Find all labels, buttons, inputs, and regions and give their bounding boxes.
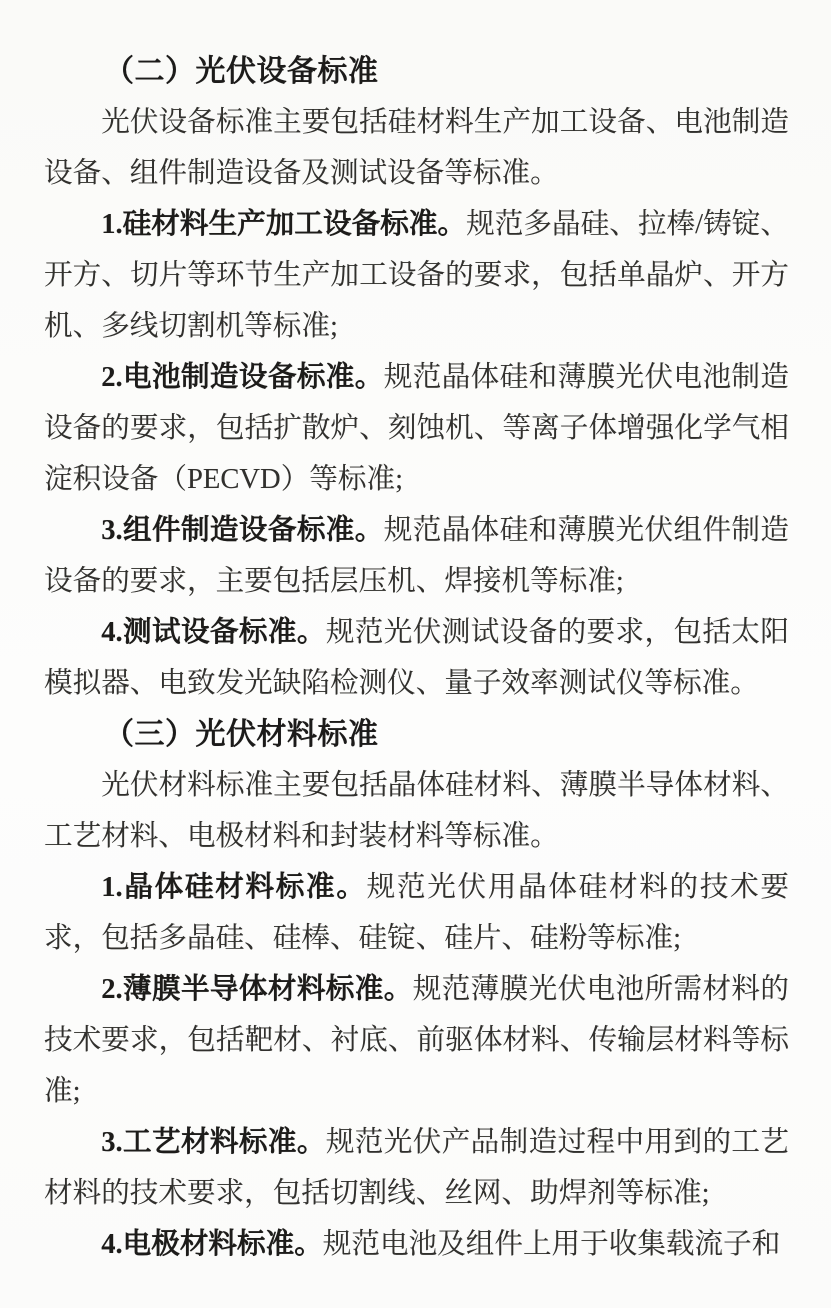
paragraph: 2.电池制造设备标准。规范晶体硅和薄膜光伏电池制造设备的要求，包括扩散炉、刻蚀机… xyxy=(44,352,789,505)
section-heading: （二）光伏设备标准 xyxy=(44,46,789,97)
scanned-document-page: （二）光伏设备标准光伏设备标准主要包括硅材料生产加工设备、电池制造设备、组件制造… xyxy=(0,0,831,1308)
paragraph-lead: 1.晶体硅材料标准。 xyxy=(101,872,366,903)
paragraph-lead: 4.电极材料标准。 xyxy=(101,1229,323,1260)
paragraph: 4.电极材料标准。规范电池及组件上用于收集载流子和 xyxy=(44,1219,789,1270)
paragraph: 光伏设备标准主要包括硅材料生产加工设备、电池制造设备、组件制造设备及测试设备等标… xyxy=(44,97,789,199)
paragraph-lead: 4.测试设备标准。 xyxy=(101,617,326,648)
paragraph-lead: 1.硅材料生产加工设备标准。 xyxy=(101,209,466,240)
paragraph: 2.薄膜半导体材料标准。规范薄膜光伏电池所需材料的技术要求，包括靶材、衬底、前驱… xyxy=(44,964,789,1117)
paragraph-lead: 3.组件制造设备标准。 xyxy=(101,515,384,546)
paragraph: 光伏材料标准主要包括晶体硅材料、薄膜半导体材料、工艺材料、电极材料和封装材料等标… xyxy=(44,760,789,862)
paragraph: 1.硅材料生产加工设备标准。规范多晶硅、拉棒/铸锭、开方、切片等环节生产加工设备… xyxy=(44,199,789,352)
paragraph-lead: 2.薄膜半导体材料标准。 xyxy=(101,974,413,1005)
paragraph-text: 光伏材料标准主要包括晶体硅材料、薄膜半导体材料、工艺材料、电极材料和封装材料等标… xyxy=(44,770,789,852)
paragraph: 3.工艺材料标准。规范光伏产品制造过程中用到的工艺材料的技术要求，包括切割线、丝… xyxy=(44,1117,789,1219)
paragraph-text: 规范电池及组件上用于收集载流子和 xyxy=(323,1229,781,1260)
paragraph-lead: 3.工艺材料标准。 xyxy=(101,1127,326,1158)
paragraph: 1.晶体硅材料标准。规范光伏用晶体硅材料的技术要求，包括多晶硅、硅棒、硅锭、硅片… xyxy=(44,862,789,964)
paragraph-text: 光伏设备标准主要包括硅材料生产加工设备、电池制造设备、组件制造设备及测试设备等标… xyxy=(44,107,789,189)
document-body: （二）光伏设备标准光伏设备标准主要包括硅材料生产加工设备、电池制造设备、组件制造… xyxy=(44,46,789,1270)
paragraph: 4.测试设备标准。规范光伏测试设备的要求，包括太阳模拟器、电致发光缺陷检测仪、量… xyxy=(44,607,789,709)
paragraph-lead: 2.电池制造设备标准。 xyxy=(101,362,384,393)
paragraph: 3.组件制造设备标准。规范晶体硅和薄膜光伏组件制造设备的要求，主要包括层压机、焊… xyxy=(44,505,789,607)
section-heading: （三）光伏材料标准 xyxy=(44,709,789,760)
